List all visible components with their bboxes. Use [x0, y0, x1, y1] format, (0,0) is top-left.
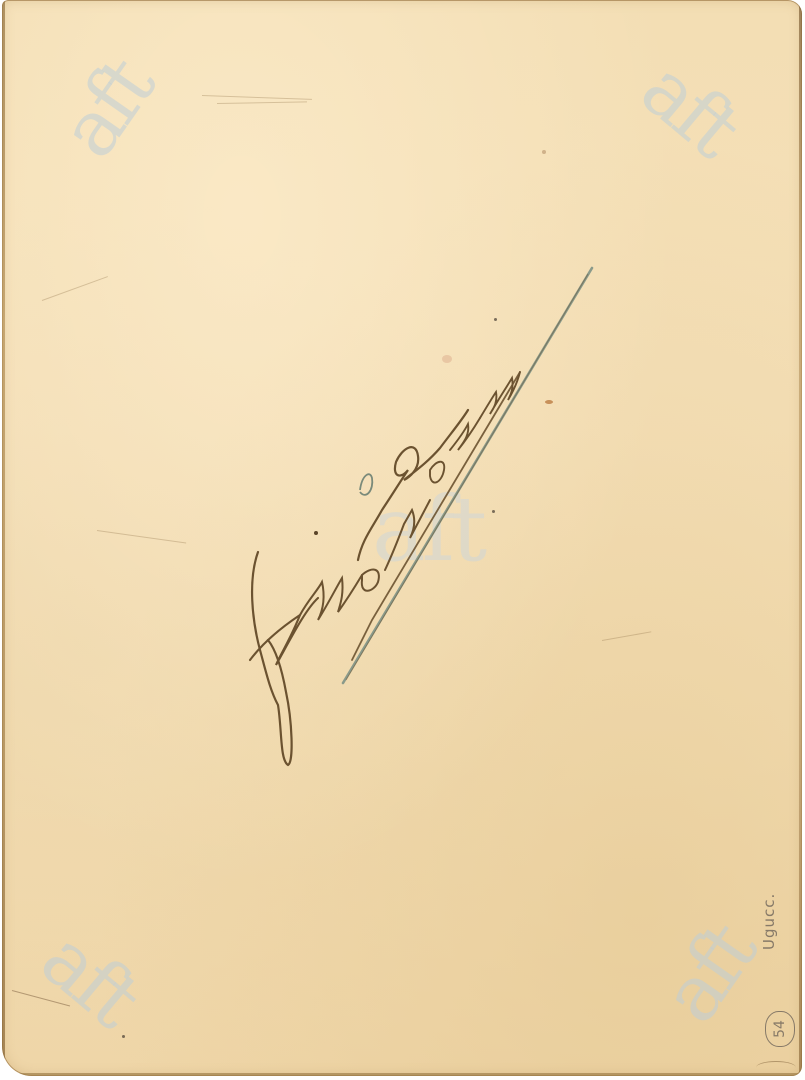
watermark: aft: [372, 485, 483, 575]
card-edge-bottom: [2, 1073, 802, 1076]
stain-speck: [442, 355, 452, 363]
scratch-mark: [97, 530, 186, 544]
watermark: aft: [48, 48, 166, 170]
corner-fray: [756, 1061, 796, 1074]
scratch-mark: [42, 276, 108, 301]
pencil-inscription-number: 54: [765, 1011, 795, 1047]
stain-speck: [122, 1035, 125, 1038]
card-verso: aft aft aft aft aft: [2, 0, 802, 1076]
scratch-mark: [602, 631, 651, 641]
stain-speck: [494, 318, 497, 321]
card-edge-right: [799, 0, 802, 1076]
scratch-mark: [202, 95, 312, 100]
stain-speck: [542, 150, 546, 154]
watermark: aft: [650, 913, 768, 1035]
pencil-inscription-name: Ugucc.: [760, 893, 778, 950]
stain-speck: [545, 400, 553, 404]
card-edge-left: [2, 0, 5, 1076]
scratch-mark: [217, 101, 307, 104]
watermark: aft: [28, 919, 151, 1040]
watermark: aft: [628, 49, 751, 170]
stain-speck: [492, 510, 495, 513]
